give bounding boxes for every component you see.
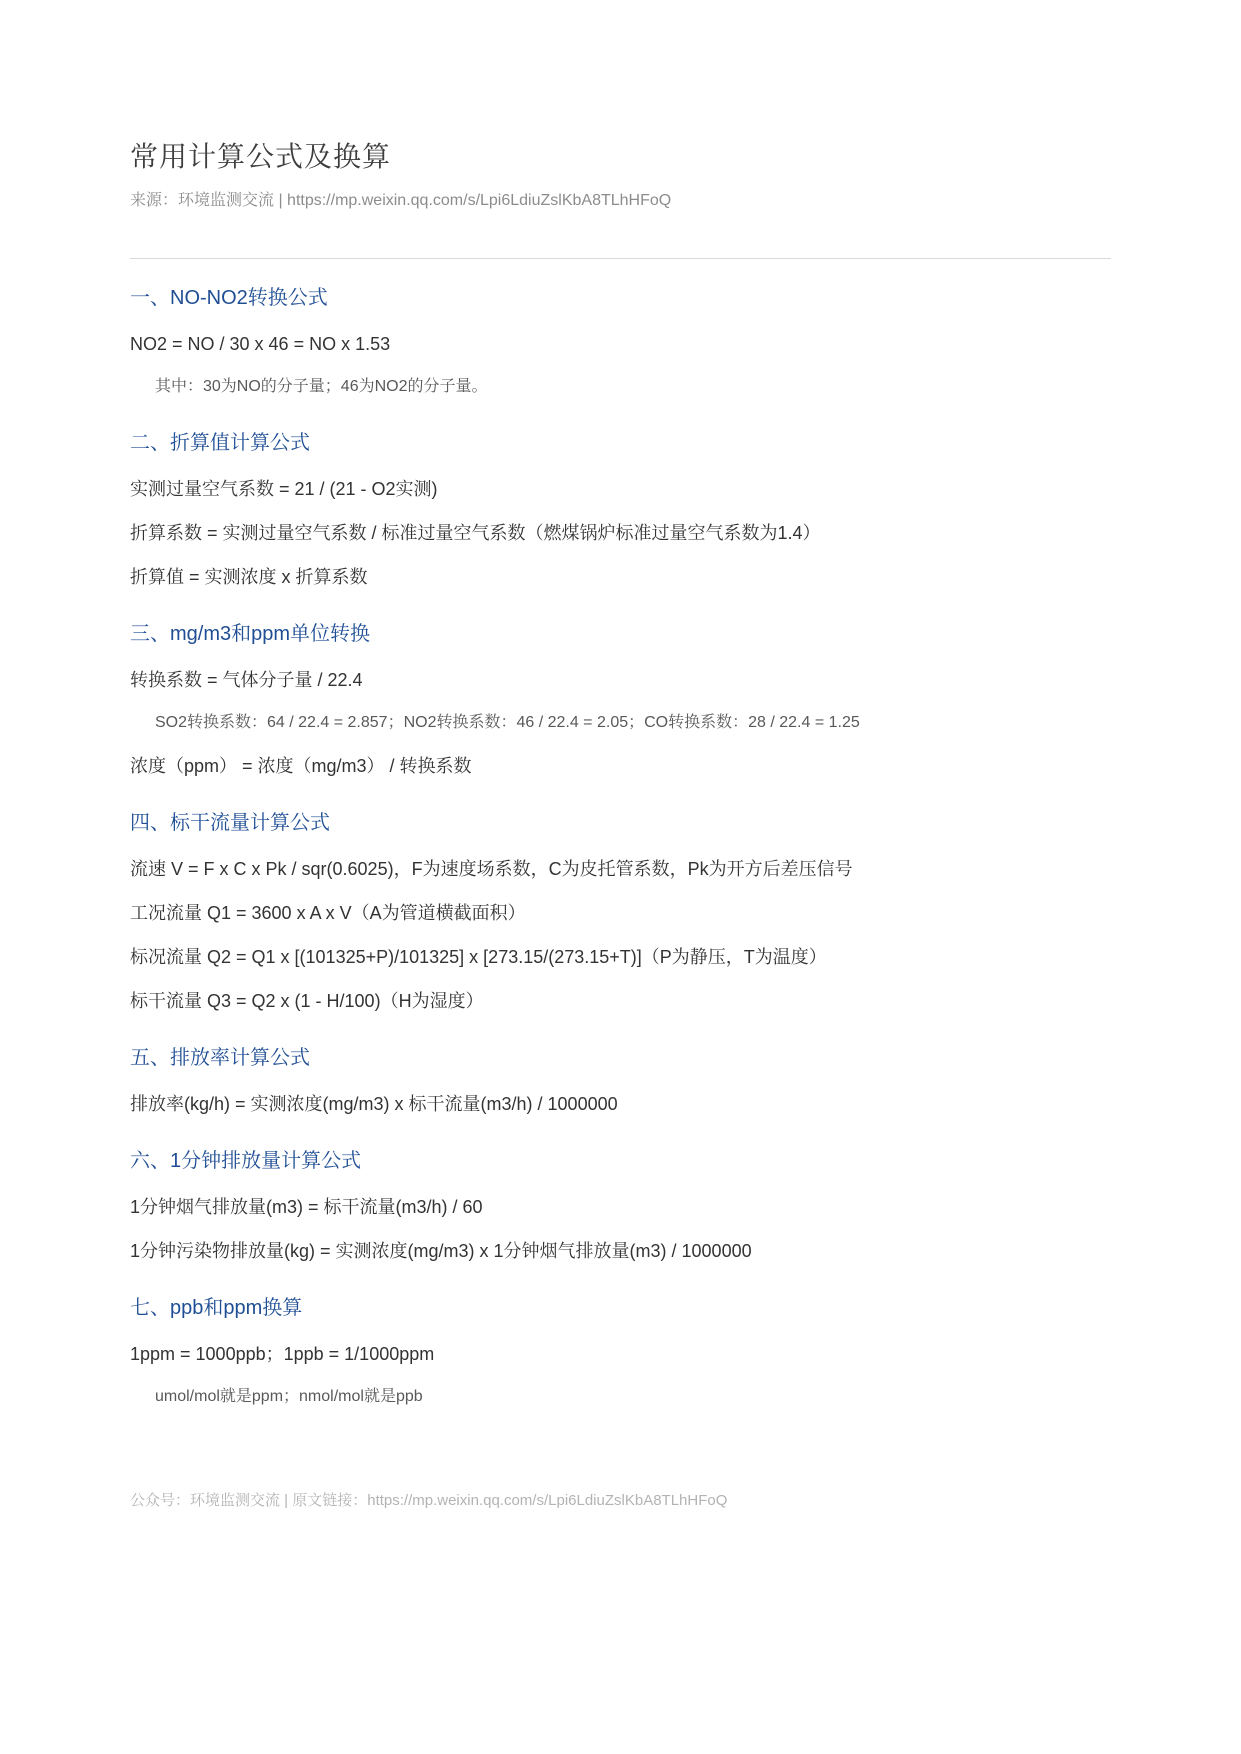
formula-line: 折算系数 = 实测过量空气系数 / 标准过量空气系数（燃煤锅炉标准过量空气系数为… [130,521,1111,545]
section-heading: 二、折算值计算公式 [130,430,1111,456]
note-line: 其中：30为NO的分子量；46为NO2的分子量。 [130,376,1111,398]
formula-line: 1分钟烟气排放量(m3) = 标干流量(m3/h) / 60 [130,1195,1111,1219]
formula-line: 实测过量空气系数 = 21 / (21 - O2实测) [130,477,1111,501]
formula-line: 转换系数 = 气体分子量 / 22.4 [130,668,1111,692]
section-heading: 一、NO-NO2转换公式 [130,285,1111,311]
section-heading: 五、排放率计算公式 [130,1045,1111,1071]
formula-line: NO2 = NO / 30 x 46 = NO x 1.53 [130,332,1111,356]
formula-line: 浓度（ppm） = 浓度（mg/m3） / 转换系数 [130,754,1111,778]
formula-line: 折算值 = 实测浓度 x 折算系数 [130,565,1111,589]
section-emission-rate: 五、排放率计算公式 排放率(kg/h) = 实测浓度(mg/m3) x 标干流量… [130,1045,1111,1116]
formula-line: 标况流量 Q2 = Q1 x [(101325+P)/101325] x [27… [130,945,1111,969]
note-line: umol/mol就是ppm；nmol/mol就是ppb [130,1386,1111,1408]
section-ppb-ppm-conversion: 七、ppb和ppm换算 1ppm = 1000ppb；1ppb = 1/1000… [130,1295,1111,1408]
formula-line: 流速 V = F x C x Pk / sqr(0.6025)，F为速度场系数，… [130,857,1111,881]
section-heading: 三、mg/m3和ppm单位转换 [130,621,1111,647]
section-dry-standard-flow: 四、标干流量计算公式 流速 V = F x C x Pk / sqr(0.602… [130,810,1111,1013]
footer-line: 公众号：环境监测交流 | 原文链接：https://mp.weixin.qq.c… [130,1490,727,1512]
section-no-no2-conversion: 一、NO-NO2转换公式 NO2 = NO / 30 x 46 = NO x 1… [130,285,1111,398]
formula-line: 1分钟污染物排放量(kg) = 实测浓度(mg/m3) x 1分钟烟气排放量(m… [130,1239,1111,1263]
document-page: 常用计算公式及换算 来源：环境监测交流 | https://mp.weixin.… [0,0,1241,1754]
formula-line: 1ppm = 1000ppb；1ppb = 1/1000ppm [130,1342,1111,1366]
page-title: 常用计算公式及换算 [130,0,1111,176]
formula-line: 工况流量 Q1 = 3600 x A x V（A为管道横截面积） [130,901,1111,925]
section-one-minute-emission: 六、1分钟排放量计算公式 1分钟烟气排放量(m3) = 标干流量(m3/h) /… [130,1148,1111,1263]
section-heading: 六、1分钟排放量计算公式 [130,1148,1111,1174]
note-line: SO2转换系数：64 / 22.4 = 2.857；NO2转换系数：46 / 2… [130,712,1111,734]
section-converted-value: 二、折算值计算公式 实测过量空气系数 = 21 / (21 - O2实测) 折算… [130,430,1111,589]
section-mgm3-ppm-conversion: 三、mg/m3和ppm单位转换 转换系数 = 气体分子量 / 22.4 SO2转… [130,621,1111,778]
section-heading: 七、ppb和ppm换算 [130,1295,1111,1321]
formula-line: 标干流量 Q3 = Q2 x (1 - H/100)（H为湿度） [130,989,1111,1013]
section-heading: 四、标干流量计算公式 [130,810,1111,836]
formula-line: 排放率(kg/h) = 实测浓度(mg/m3) x 标干流量(m3/h) / 1… [130,1092,1111,1116]
divider [130,258,1111,259]
source-line: 来源：环境监测交流 | https://mp.weixin.qq.com/s/L… [130,190,1111,212]
